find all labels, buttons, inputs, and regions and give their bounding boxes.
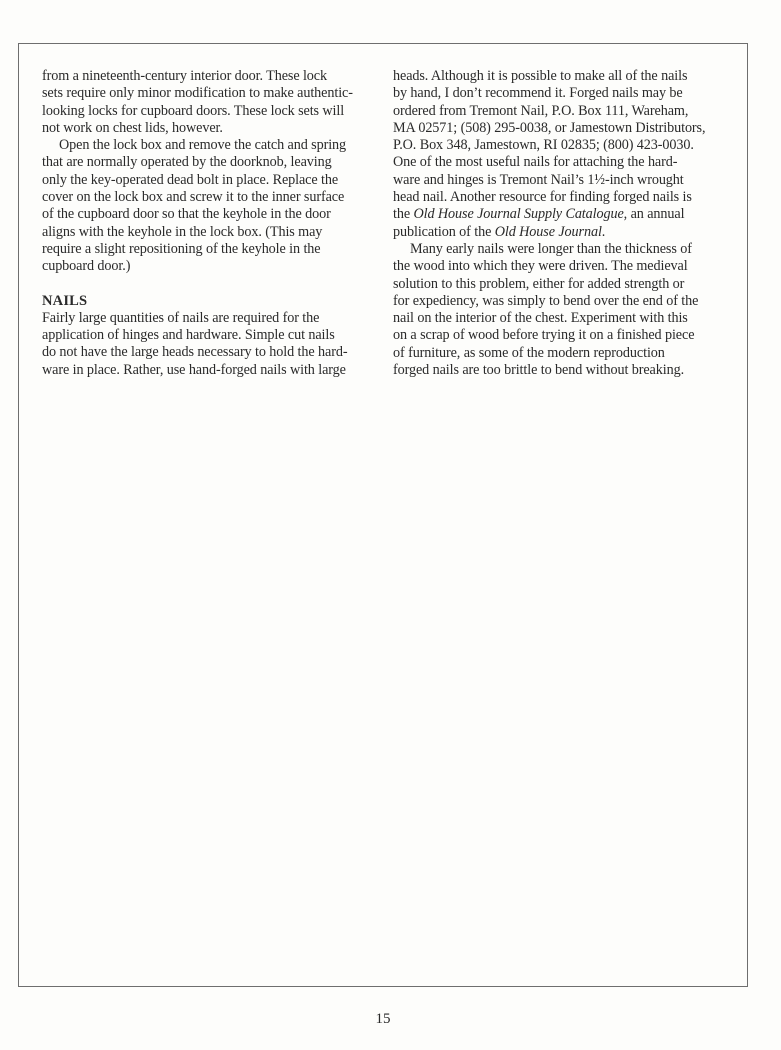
text-line: looking locks for cupboard doors. These … (42, 103, 374, 120)
text-line: publication of the Old House Journal. (393, 224, 729, 241)
text-line: on a scrap of wood before trying it on a… (393, 327, 729, 344)
paragraph-bending-nails: Many early nails were longer than the th… (393, 241, 729, 379)
text-line: ordered from Tremont Nail, P.O. Box 111,… (393, 103, 729, 120)
journal-title: Old House Journal (495, 224, 602, 240)
section-heading-nails: NAILS (42, 293, 374, 310)
text-line: that are normally operated by the doorkn… (42, 154, 374, 171)
text-line: Many early nails were longer than the th… (393, 241, 729, 258)
text-line: MA 02571; (508) 295-0038, or Jamestown D… (393, 120, 729, 137)
paragraph-lock-sets: from a nineteenth-century interior door.… (42, 68, 374, 137)
text-line: forged nails are too brittle to bend wit… (393, 362, 729, 379)
paragraph-forged-nails: heads. Although it is possible to make a… (393, 68, 729, 241)
text-fragment: , an annual (624, 206, 685, 222)
text-line: ware and hinges is Tremont Nail’s 1½-inc… (393, 172, 729, 189)
text-line: require a slight repositioning of the ke… (42, 241, 374, 258)
text-line: the wood into which they were driven. Th… (393, 258, 729, 275)
left-column: from a nineteenth-century interior door.… (42, 68, 374, 379)
text-line: do not have the large heads necessary to… (42, 344, 374, 361)
text-line: application of hinges and hardware. Simp… (42, 327, 374, 344)
text-line: by hand, I don’t recommend it. Forged na… (393, 85, 729, 102)
text-line: P.O. Box 348, Jamestown, RI 02835; (800)… (393, 137, 729, 154)
text-line: head nail. Another resource for finding … (393, 189, 729, 206)
text-line: of the cupboard door so that the keyhole… (42, 206, 374, 223)
text-line: sets require only minor modification to … (42, 85, 374, 102)
text-line: One of the most useful nails for attachi… (393, 154, 729, 171)
text-line: nail on the interior of the chest. Exper… (393, 310, 729, 327)
text-line: Open the lock box and remove the catch a… (42, 137, 374, 154)
text-line: only the key-operated dead bolt in place… (42, 172, 374, 189)
text-line: cupboard door.) (42, 258, 374, 275)
right-column: heads. Although it is possible to make a… (393, 68, 729, 379)
text-line: not work on chest lids, however. (42, 120, 374, 137)
text-line: of furniture, as some of the modern repr… (393, 345, 729, 362)
text-line: from a nineteenth-century interior door.… (42, 68, 374, 85)
page-number: 15 (0, 1011, 766, 1028)
text-line: solution to this problem, either for add… (393, 276, 729, 293)
text-line: Fairly large quantities of nails are req… (42, 310, 374, 327)
paragraph-nails-intro: Fairly large quantities of nails are req… (42, 310, 374, 379)
text-line: ware in place. Rather, use hand-forged n… (42, 362, 374, 379)
text-line: for expediency, was simply to bend over … (393, 293, 729, 310)
text-fragment: the (393, 206, 413, 222)
paragraph-lock-box: Open the lock box and remove the catch a… (42, 137, 374, 275)
text-line: heads. Although it is possible to make a… (393, 68, 729, 85)
text-line: the Old House Journal Supply Catalogue, … (393, 206, 729, 223)
catalogue-title: Old House Journal Supply Catalogue (413, 206, 623, 222)
text-line: aligns with the keyhole in the lock box.… (42, 224, 374, 241)
text-fragment: publication of the (393, 224, 495, 240)
text-line: cover on the lock box and screw it to th… (42, 189, 374, 206)
text-fragment: . (602, 224, 605, 240)
